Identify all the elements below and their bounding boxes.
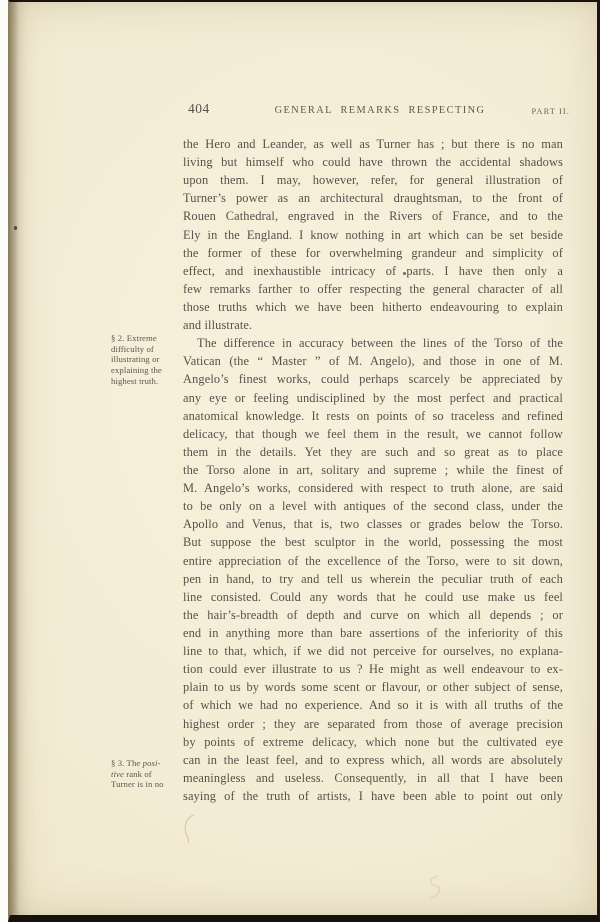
text-line: highest order ; they are separated from …	[183, 715, 563, 733]
text-line: Apollo and Venus, that is, two classes o…	[183, 515, 563, 533]
text-line: any eye or feeling undisciplined by the …	[183, 389, 563, 407]
text-line: The difference in accuracy between the l…	[183, 334, 563, 352]
margin-note-line: difficulty of	[111, 344, 185, 355]
text-line: Rouen Cathedral, engraved in the Rivers …	[183, 207, 563, 225]
margin-note-line: § 3. The posi-	[111, 758, 185, 769]
text-line: living but himself who could have thrown…	[183, 153, 563, 171]
text-line: pen in hand, to try and tell us wherein …	[183, 570, 563, 588]
margin-note-line: tive rank of	[111, 769, 185, 780]
margin-note-line: illustrating or	[111, 354, 185, 365]
text-line: Angelo’s finest works, could perhaps sca…	[183, 370, 563, 388]
scan-speck	[403, 272, 406, 275]
text-line: M. Angelo’s works, considered with respe…	[183, 479, 563, 497]
text-line: the Torso alone in art, solitary and sup…	[183, 461, 563, 479]
text-line: those truths which we have been hitherto…	[183, 298, 563, 316]
text-line: line consisted. Could any words that he …	[183, 588, 563, 606]
margin-note-section-3: § 3. The posi-tive rank ofTurner is in n…	[111, 758, 185, 790]
text-line: few remarks farther to offer respecting …	[183, 280, 563, 298]
text-line: entire appreciation of the excellence of…	[183, 552, 563, 570]
text-line: the former of these for overwhelming gra…	[183, 244, 563, 262]
text-line: plain to us by words some scent or flavo…	[183, 678, 563, 696]
margin-note-line: Turner is in no	[111, 779, 185, 790]
margin-note-line: explaining the	[111, 365, 185, 376]
scanned-page: 404 GENERAL REMARKS RESPECTING PART II. …	[0, 0, 600, 922]
text-line: end in anything more than bare assertion…	[183, 624, 563, 642]
text-line: saying of the truth of artists, I have b…	[183, 787, 563, 805]
scan-speck	[14, 226, 17, 230]
text-line: can in the least feel, and to express wh…	[183, 751, 563, 769]
text-line: and illustrate.	[183, 316, 563, 334]
text-line: Turner’s power as an architectural draug…	[183, 189, 563, 207]
pencil-smudge	[418, 872, 448, 902]
pencil-mark	[178, 812, 204, 846]
body-text: the Hero and Leander, as well as Turner …	[183, 135, 563, 805]
text-line: line to that, which, if we did not perce…	[183, 642, 563, 660]
text-line: delicacy, that though we feel them in th…	[183, 425, 563, 443]
text-line: But suppose the best sculptor in the wor…	[183, 533, 563, 551]
text-line: meaningless and useless. Consequently, i…	[183, 769, 563, 787]
text-line: by points of extreme delicacy, which non…	[183, 733, 563, 751]
text-line: Ely in the England. I know nothing in ar…	[183, 226, 563, 244]
part-label: PART II.	[460, 107, 570, 116]
margin-note-section-2: § 2. Extremedifficulty ofillustrating or…	[111, 333, 185, 387]
text-line: tion could ever illustrate to us ? He mi…	[183, 660, 563, 678]
margin-note-line: highest truth.	[111, 376, 185, 387]
text-line: of which we had no experience. And so it…	[183, 696, 563, 714]
text-line: Vatican (the “ Master ” of M. Angelo), a…	[183, 352, 563, 370]
page-left-edge-shadow	[10, 2, 19, 915]
book-page: 404 GENERAL REMARKS RESPECTING PART II. …	[8, 0, 600, 922]
text-line: them in the details. Yet they are such a…	[183, 443, 563, 461]
text-line: to be only on a level with antiques of t…	[183, 497, 563, 515]
text-line: the hair’s-breadth of depth and curve on…	[183, 606, 563, 624]
text-line: effect, and inexhaustible intricacy of p…	[183, 262, 563, 280]
text-line: anatomical knowledge. It rests on points…	[183, 407, 563, 425]
margin-note-line: § 2. Extreme	[111, 333, 185, 344]
text-line: the Hero and Leander, as well as Turner …	[183, 135, 563, 153]
text-line: upon them. I may, however, refer, for ge…	[183, 171, 563, 189]
